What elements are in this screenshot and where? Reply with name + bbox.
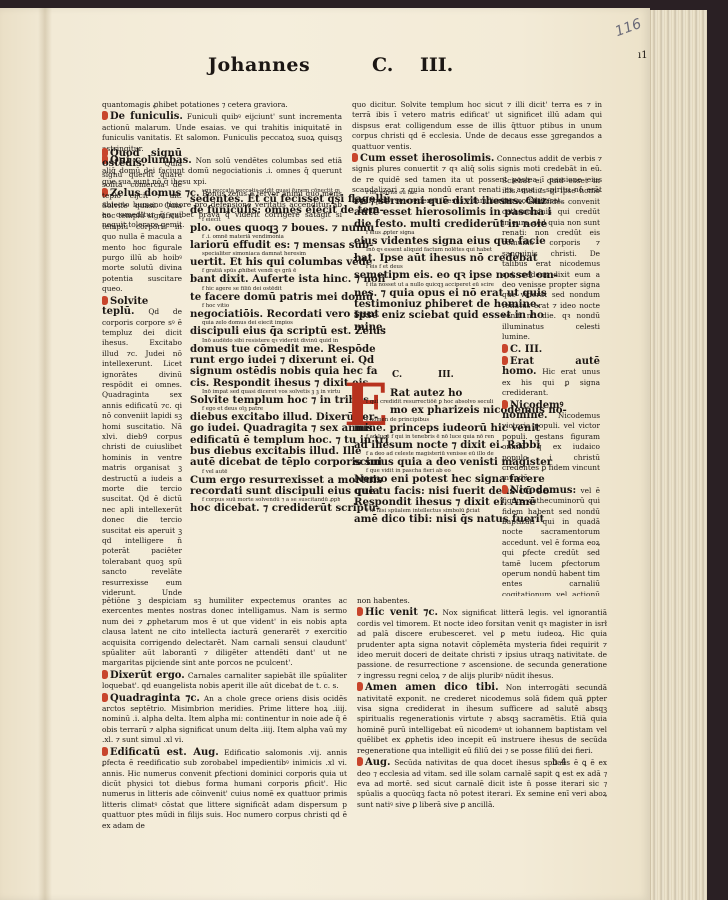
paragraph-mark-icon [102,111,108,120]
gloss-text: pētiōne ꝫ despiciam sꝫ humiliter expecte… [102,596,347,667]
scripture-line: plo. oues quoqꝫ ⁊ boues. ⁊ numu [190,223,340,234]
chapter-heading-label: C. [392,370,402,380]
text-left-column: sqꝫ peccata peccatis addit quasi funem c… [190,188,340,515]
scripture-line: negociatiōis. Recordati vero sunt [190,309,340,320]
gloss-lemma: Aug. [365,757,391,768]
gloss-text: Quia signū querūt quare solita cōmercia … [102,159,182,293]
scripture-line: de funiculis: omnes eiecit de tem- [190,205,340,216]
gloss-paragraph: quantomagis ꝓhibet potationes ⁊ cetera g… [102,100,342,110]
paragraph-mark-icon [502,485,508,494]
scripture-line: recordati sunt discipuli eius quia [190,486,340,497]
gloss-paragraph: Hic venit ⁊c. Nox significat litterā leg… [357,607,607,681]
gloss-text: Nox significat litterā legis. vel ignora… [357,608,607,679]
paragraph-mark-icon [102,148,108,157]
gloss-paragraph: Amen amen dico tibi. Non interrogāti sec… [357,682,607,756]
gloss-text: vel ē figura cathecuminorū qui fidem hab… [502,486,600,596]
gloss-paragraph: Sciebat ei quid esset in illis. melius q… [502,176,600,343]
gloss-text: Non interrogāti secundā nativitatē expon… [357,683,607,754]
paragraph-mark-icon [102,670,108,679]
gloss-paragraph: Aug. Secūda nativitas de qua docet ihesu… [357,757,607,810]
scripture-line: signum ostēdis nobis quia hec fa [190,366,340,377]
gloss-paragraph: quo dicitur. Solvite templum hoc sicut ⁊… [352,100,602,152]
gloss-paragraph: Quadraginta ⁊c. An a chole grece oriens … [102,693,347,746]
paragraph-mark-icon [102,693,108,702]
scripture-line: autē esset hierosolimis in pascha i [354,207,494,218]
paragraph-mark-icon [502,344,508,353]
scripture-line: mine. princeps iudeorū hic venit [354,423,494,434]
scripture-line: cis. Respondit ihesus ⁊ dixit eis. [190,378,340,389]
scripture-line: te facere domū patris mei domū [190,292,340,303]
paragraph-mark-icon [357,607,363,616]
signature-mark: b 4 [552,758,566,768]
page-edges [650,10,707,900]
gloss-left-margin: Quod signū ostēdis. Quia signū querūt qu… [102,148,182,598]
scripture-line: scimus quia a deo venisti magister [354,457,494,468]
gloss-lemma: Nicodemꝰ nomine. [502,400,563,421]
paragraph-mark-icon [357,682,363,691]
chapter-number: III. [420,54,453,76]
scripture-line: semetipm eis. eo qꝛ ipse nosset om- [354,270,494,281]
gloss-right-margin: Sciebat ei quid esset in illis. melius q… [502,176,600,596]
scripture-line: Ipse eniz sciebat quid esset in ho [354,310,494,321]
gloss-paragraph: Edificatū est. Aug. Edificatio salomonis… [102,747,347,831]
gloss-lemma: Solvite teplū. [102,296,148,317]
gloss-lemma: Cum esset iherosolimis. [360,153,494,164]
gloss-text: Nicodemus victoria populi. vel victor po… [502,411,600,482]
paragraph-mark-icon [357,757,363,766]
scripture-line: ad ihesum nocte ⁊ dixit ei. Rabbi [354,440,494,451]
text-right-column-top: f hic solvite eū hocre ⁊ sermoni quē dix… [354,190,494,333]
gloss-text: Sciebat ei quid esset in illis. melius q… [502,176,600,341]
scripture-line: lariorū effudit es: ⁊ mensas sub- [190,240,340,251]
scripture-line: eius videntes signa eius que facie [354,236,494,247]
gloss-paragraph: Solvite teplū. Qd de corporis corpore sꝰ… [102,296,182,598]
paragraph-mark-icon [102,747,108,756]
scripture-line: uertit. Et his qui columbas vēde [190,257,340,268]
gloss-paragraph: Erat autē homo. Hic erat unus ex his qui… [502,356,600,399]
gloss-lemma: Edificatū est. Aug. [110,747,219,758]
scripture-line: Rat autez ho [354,388,494,399]
scripture-line: discipuli eius q̄a scriptū est. Zelus [190,326,340,337]
gloss-paragraph: non habentes. [357,596,607,606]
gloss-left-bottom: pētiōne ꝫ despiciam sꝫ humiliter expecte… [102,596,347,832]
paragraph-mark-icon [502,400,508,409]
scripture-line: Respondit ihesus ⁊ dixit ei. Amē [354,497,494,508]
paragraph-mark-icon [102,296,108,305]
chapter-label: C. [372,54,393,76]
gloss-lemma: Amen amen dico tibi. [365,682,499,693]
gloss-lemma: Quadraginta ⁊c. [110,693,200,704]
margin-mark: ı1 [638,50,648,61]
chapter-heading-number: III. [438,370,454,380]
gloss-text: non habentes. [357,596,410,605]
gloss-text: Qd de corporis corpore sꝰ ē templuz dei … [102,307,182,598]
scripture-line: amē dico tibi: nisi q̄s natus fuerit [354,514,494,525]
gloss-right-bottom: non habentes.Hic venit ⁊c. Nox significa… [357,596,607,811]
gloss-paragraph: Nicodemꝰ nomine. Nicodemus victoria popu… [502,400,600,484]
page-gutter [38,8,52,900]
gloss-paragraph: Dixerūt ergo. Carnales carnaliter sapieb… [102,670,347,692]
scripture-line: die festo. multi crediderūt in noie [354,219,494,230]
scripture-line: mo ex pharizeis nicodemus no- [354,405,494,416]
scripture-line: hoc dicebat. ⁊ crediderūt scriptu- [190,503,340,514]
gloss-lemma: Nicodemus: [510,485,576,496]
gloss-paragraph: Quod signū ostēdis. Quia signū querūt qu… [102,148,182,295]
gloss-lemma: Hic venit ⁊c. [365,607,438,618]
scripture-line: autē dicebat de tēplo corporis sui [190,457,340,468]
scripture-line: Solvite templum hoc ⁊ in tribus [190,395,340,406]
gloss-text: quantomagis ꝓhibet potationes ⁊ cetera g… [102,100,288,109]
gloss-lemma: Dixerūt ergo. [110,670,185,681]
gloss-paragraph: pētiōne ꝫ despiciam sꝫ humiliter expecte… [102,596,347,669]
gloss-text: quo dicitur. Solvite templum hoc sicut ⁊… [352,100,602,151]
gloss-lemma: C. III. [510,344,542,355]
paragraph-mark-icon [502,356,508,365]
gloss-paragraph: Nicodemus: vel ē figura cathecuminorū qu… [502,485,600,596]
scripture-line: bant dixit. Auferte ista hinc. ⁊ noli [190,274,340,285]
gloss-text: Edificatio salomonis .vij. annis ꝑfecta … [102,748,347,830]
paragraph-mark-icon [352,153,358,162]
scripture-line: bat. Ipse aūt ihesus nō credebat [354,253,494,264]
scripture-line: mine. [354,322,494,333]
gloss-paragraph: C. III. [502,344,600,355]
running-title: Johannes [208,54,310,76]
text-chapter-opening: Rat autez hof qui credidit resurrectiōē … [354,388,494,526]
gloss-lemma: De funiculis. [110,111,183,122]
gloss-text: Secūda nativitas de qua docet ihesus spū… [357,758,607,809]
